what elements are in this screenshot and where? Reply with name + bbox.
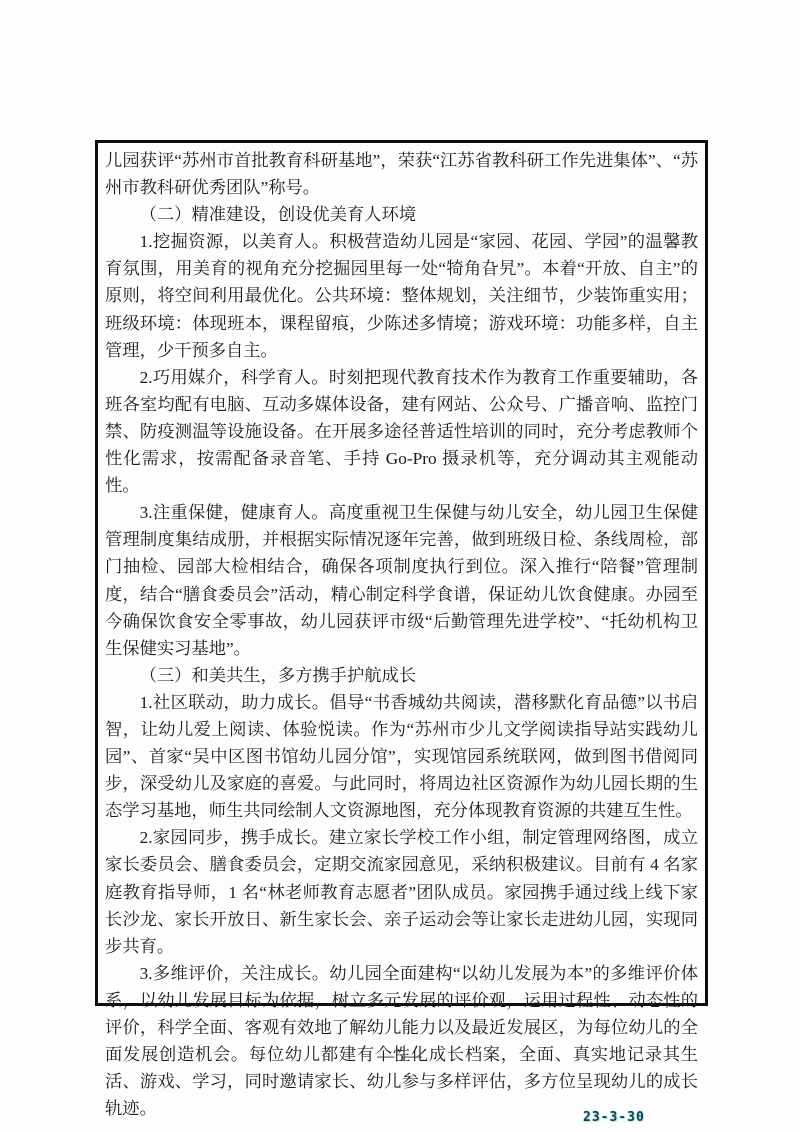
date-stamp: 23-3-30 (583, 1110, 645, 1125)
paragraph: 1.挖掘资源，以美育人。积极营造幼儿园是“家园、花园、学园”的温馨教育氛围，用美… (105, 228, 698, 363)
content-box: 儿园获评“苏州市首批教育科研基地”，荣获“江苏省教科研工作先进集体”、“苏州市教… (95, 140, 708, 1006)
section-heading: （二）精准建设，创设优美育人环境 (105, 201, 698, 228)
document-page: 儿园获评“苏州市首批教育科研基地”，荣获“江苏省教科研工作先进集体”、“苏州市教… (0, 0, 800, 1132)
section-heading: （三）和美共生，多方携手护航成长 (105, 662, 698, 689)
page-number: —5— (0, 1046, 800, 1066)
paragraph: 2.巧用媒介，科学育人。时刻把现代教育技术作为教育工作重要辅助，各班各室均配有电… (105, 364, 698, 499)
paragraph: 3.多维评价，关注成长。幼儿园全面建构“以幼儿发展为本”的多维评价体系，以幼儿发… (105, 960, 698, 1123)
continuation-paragraph: 儿园获评“苏州市首批教育科研基地”，荣获“江苏省教科研工作先进集体”、“苏州市教… (105, 147, 698, 201)
paragraph: 2.家园同步，携手成长。建立家长学校工作小组，制定管理网络图，成立家长委员会、膳… (105, 824, 698, 959)
paragraph: 3.注重保健，健康育人。高度重视卫生保健与幼儿安全，幼儿园卫生保健管理制度集结成… (105, 499, 698, 662)
paragraph: 1.社区联动，助力成长。倡导“书香城幼共阅读，潜移默化育品德”以书启智，让幼儿爱… (105, 689, 698, 824)
